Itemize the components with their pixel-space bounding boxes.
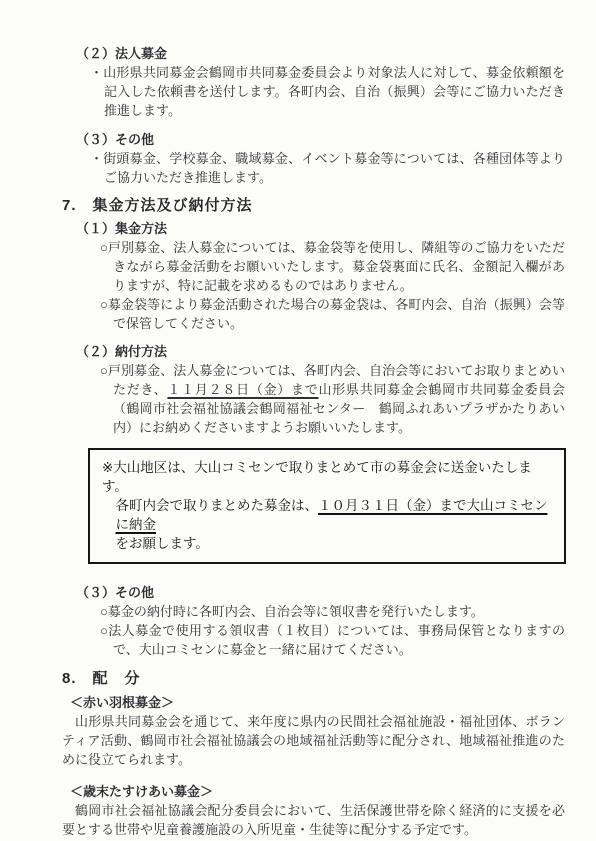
year-end-heading: ＜歳末たすけあい募金＞ — [70, 782, 565, 801]
collection-item: ○戸別募金、法人募金については、募金袋等を使用し、隣組等のご協力をいただきながら… — [100, 238, 565, 295]
section-payment-method: （２）納付方法 ○戸別募金、法人募金については、各町内会、自治会等においてお取り… — [76, 342, 565, 437]
payment-deadline: １１月２８日（金）まで — [167, 382, 318, 397]
other-notes-item: ○法人募金で使用する領収書（１枚目）については、事務局保管となりますので、大山コ… — [100, 621, 565, 659]
payment-heading: （２）納付方法 — [76, 342, 565, 361]
notice-line-2: 各町内会で取りまとめた募金は、１０月３１日（金）まで大山コミセンに納金 — [116, 496, 555, 534]
corporate-heading: （２）法人募金 — [76, 44, 565, 63]
other-notes-item: ○募金の納付時に各町内会、自治会等に領収書を発行いたします。 — [100, 602, 565, 621]
other-top-heading: （３）その他 — [76, 130, 565, 149]
notice-text-pre: 各町内会で取りまとめた募金は、 — [116, 498, 319, 513]
payment-paragraph: ○戸別募金、法人募金については、各町内会、自治会等においてお取りまとめいただき、… — [100, 361, 565, 437]
collection-item: ○募金袋等により募金活動された場合の募金袋は、各町内会、自治（振興）会等で保管し… — [100, 295, 565, 333]
section-corporate-fundraising: （２）法人募金 ・山形県共同募金会鶴岡市共同募金委員会より対象法人に対して、募金… — [76, 44, 565, 120]
document-page: （２）法人募金 ・山形県共同募金会鶴岡市共同募金委員会より対象法人に対して、募金… — [0, 0, 596, 841]
red-feather-body: 山形県共同募金会を通じて、来年度に県内の民間社会福祉施設・福祉団体、ボランティア… — [62, 712, 565, 769]
section-7-title: 7. 集金方法及び納付方法 — [62, 195, 565, 217]
section-other-fundraising: （３）その他 ・街頭募金、学校募金、職域募金、イベント募金等については、各種団体… — [76, 130, 565, 187]
year-end-body: 鶴岡市社会福祉協議会配分委員会において、生活保護世帯を除く経済的に支援を必要とす… — [62, 801, 565, 839]
notice-line-1: ※大山地区は、大山コミセンで取りまとめて市の募金会に送金いたします。 — [102, 458, 554, 496]
section-other-notes: （３）その他 ○募金の納付時に各町内会、自治会等に領収書を発行いたします。 ○法… — [76, 583, 565, 659]
section-collection-method: （１）集金方法 ○戸別募金、法人募金については、募金袋等を使用し、隣組等のご協力… — [76, 219, 565, 333]
notice-box: ※大山地区は、大山コミセンで取りまとめて市の募金会に送金いたします。 各町内会で… — [88, 448, 566, 564]
collection-heading: （１）集金方法 — [76, 219, 565, 238]
section-8-title: 8. 配 分 — [62, 668, 565, 690]
section-year-end-aid: ＜歳末たすけあい募金＞ 鶴岡市社会福祉協議会配分委員会において、生活保護世帯を除… — [62, 782, 565, 839]
red-feather-heading: ＜赤い羽根募金＞ — [70, 693, 565, 712]
notice-line-3: をお願します。 — [116, 534, 555, 553]
other-notes-heading: （３）その他 — [76, 583, 565, 602]
section-red-feather: ＜赤い羽根募金＞ 山形県共同募金会を通じて、来年度に県内の民間社会福祉施設・福祉… — [62, 693, 565, 769]
other-top-body: ・街頭募金、学校募金、職域募金、イベント募金等については、各種団体等よりご協力い… — [90, 149, 565, 187]
corporate-body: ・山形県共同募金会鶴岡市共同募金委員会より対象法人に対して、募金依頼額を記入した… — [90, 63, 565, 120]
